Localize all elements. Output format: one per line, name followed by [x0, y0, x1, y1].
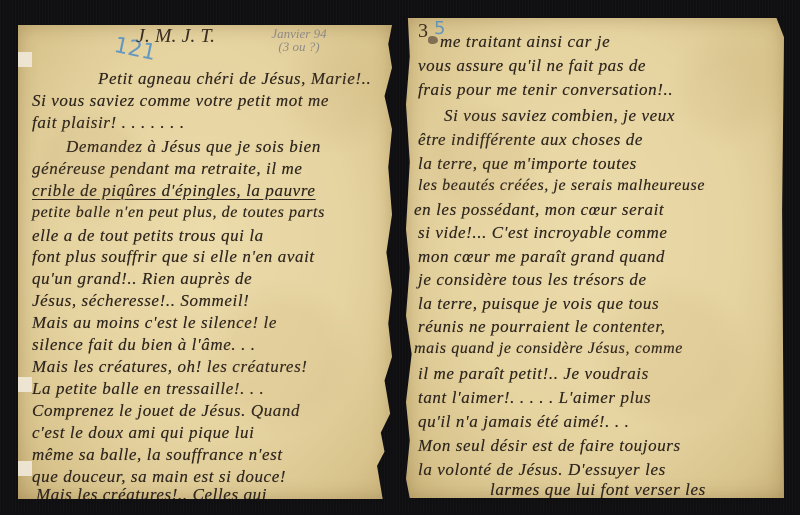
letter-line: elle a de tout petits trous qui la: [32, 226, 264, 246]
letter-line: qu'un grand!.. Rien auprès de: [32, 269, 252, 289]
letter-line: Mon seul désir est de faire toujours: [418, 436, 681, 456]
archive-tab-marker: [18, 52, 32, 67]
letter-line: qu'il n'a jamais été aimé!. . .: [418, 412, 629, 432]
pencil-annotation: Janvier 94 (3 ou ?): [254, 27, 344, 53]
letter-line: mon cœur me paraît grand quand: [418, 247, 665, 267]
letter-line: même sa balle, la souffrance n'est: [32, 445, 283, 465]
letter-line: il me paraît petit!.. Je voudrais: [418, 364, 649, 384]
pencil-page-number: 3: [418, 20, 428, 43]
letter-line: c'est le doux ami qui pique lui: [32, 423, 254, 443]
pencil-annotation-note: (3 ou ?): [254, 40, 344, 53]
letter-line: fait plaisir! . . . . . . .: [32, 113, 185, 133]
ink-blot: [428, 36, 438, 44]
letter-line: tant l'aimer!. . . . . L'aimer plus: [418, 388, 651, 408]
letter-line: Demandez à Jésus que je sois bien: [66, 137, 321, 157]
letter-line: larmes que lui font verser les: [490, 480, 706, 498]
letter-line: Mais les créatures!.. Celles qui: [36, 485, 267, 499]
letter-line: Petit agneau chéri de Jésus, Marie!..: [98, 69, 371, 89]
letter-line: Mais les créatures, oh! les créatures!: [32, 357, 308, 377]
letter-line: Si vous saviez comme votre petit mot me: [32, 91, 329, 111]
letter-line: je considère tous les trésors de: [418, 270, 647, 290]
letter-line: Mais au moins c'est le silence! le: [32, 313, 277, 333]
letter-line: mais quand je considère Jésus, comme: [414, 340, 683, 358]
letter-line: font plus souffrir que si elle n'en avai…: [32, 247, 315, 267]
letter-line: la terre, que m'importe toutes: [418, 154, 637, 174]
letter-line: Comprenez le jouet de Jésus. Quand: [32, 401, 300, 421]
letter-line: que douceur, sa main est si douce!: [32, 467, 286, 487]
letter-line: les beautés créées, je serais malheureus…: [418, 177, 705, 195]
letter-line: petite balle n'en peut plus, de toutes p…: [32, 204, 325, 222]
archive-tab-marker: [18, 377, 32, 392]
letter-line: si vide!... C'est incroyable comme: [418, 223, 668, 243]
letter-line: me traitant ainsi car je: [440, 32, 610, 52]
heading-monogram: J. M. J. T.: [136, 25, 215, 48]
letter-line: généreuse pendant ma retraite, il me: [32, 159, 303, 179]
letter-page-left: 121 J. M. J. T. Janvier 94 (3 ou ?) Peti…: [18, 25, 392, 499]
letter-line: frais pour me tenir conversation!..: [418, 80, 673, 100]
letter-line: crible de piqûres d'épingles, la pauvre: [32, 181, 316, 201]
letter-line: réunis ne pourraient le contenter,: [418, 317, 666, 337]
letter-line: la volonté de Jésus. D'essuyer les: [418, 460, 666, 480]
letter-line: Jésus, sécheresse!.. Sommeil!: [32, 291, 249, 311]
letter-line: en les possédant, mon cœur serait: [414, 200, 664, 220]
letter-line: être indifférente aux choses de: [418, 130, 643, 150]
letter-line: la terre, puisque je vois que tous: [418, 294, 659, 314]
letter-line: Si vous saviez combien, je veux: [444, 106, 675, 126]
letter-line: silence fait du bien à l'âme. . .: [32, 335, 256, 355]
letter-page-right: 3 5 me traitant ainsi car je vous assure…: [406, 18, 784, 498]
archive-tab-marker: [18, 461, 32, 476]
letter-line: vous assure qu'il ne fait pas de: [418, 56, 646, 76]
letter-line: La petite balle en tressaille!. . .: [32, 379, 264, 399]
